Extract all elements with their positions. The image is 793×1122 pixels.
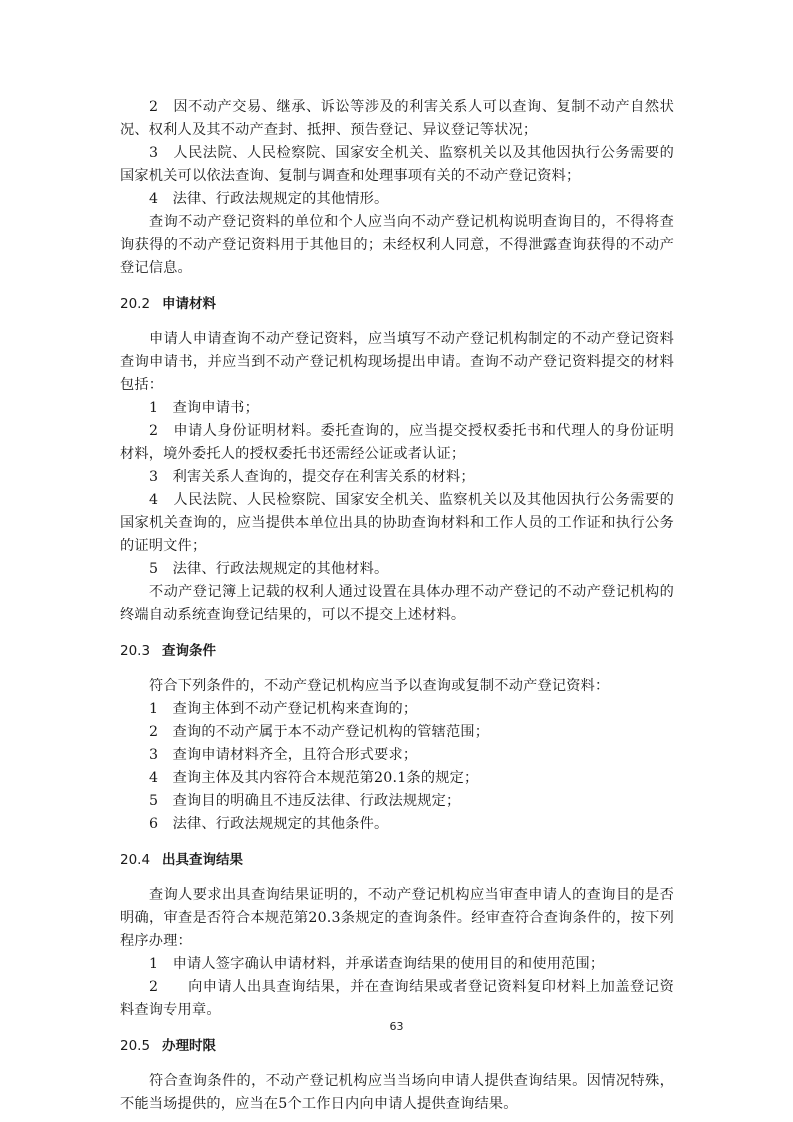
section-title: 办理时限 bbox=[162, 1038, 216, 1054]
page-number: 63 bbox=[0, 1020, 793, 1033]
list-item: 4 人民法院、人民检察院、国家安全机关、监察机关以及其他因执行公务需要的国家机关… bbox=[120, 489, 674, 558]
list-item: 1 查询主体到不动产登记机构来查询的； bbox=[120, 698, 674, 721]
section-title: 出具查询结果 bbox=[162, 852, 243, 868]
section-heading: 20.4出具查询结果 bbox=[120, 850, 674, 870]
list-item: 2 因不动产交易、继承、诉讼等涉及的利害关系人可以查询、复制不动产自然状况、权利… bbox=[120, 96, 674, 142]
list-item: 4 查询主体及其内容符合本规范第20.1条的规定； bbox=[120, 767, 674, 790]
paragraph: 查询人要求出具查询结果证明的，不动产登记机构应当审查申请人的查询目的是否明确，审… bbox=[120, 884, 674, 953]
section-20-3: 20.3查询条件 符合下列条件的，不动产登记机构应当予以查询或复制不动产登记资料… bbox=[120, 641, 674, 836]
section-20-1-tail: 2 因不动产交易、继承、诉讼等涉及的利害关系人可以查询、复制不动产自然状况、权利… bbox=[120, 96, 674, 280]
list-item: 3 利害关系人查询的，提交存在利害关系的材料； bbox=[120, 466, 674, 489]
section-20-4: 20.4出具查询结果 查询人要求出具查询结果证明的，不动产登记机构应当审查申请人… bbox=[120, 850, 674, 1022]
paragraph: 符合下列条件的，不动产登记机构应当予以查询或复制不动产登记资料： bbox=[120, 675, 674, 698]
paragraph: 不动产登记簿上记载的权利人通过设置在具体办理不动产登记的不动产登记机构的终端自动… bbox=[120, 581, 674, 627]
list-item: 6 法律、行政法规规定的其他条件。 bbox=[120, 813, 674, 836]
section-number: 20.4 bbox=[120, 850, 162, 870]
section-heading: 20.5办理时限 bbox=[120, 1036, 674, 1056]
paragraph: 申请人申请查询不动产登记资料，应当填写不动产登记机构制定的不动产登记资料查询申请… bbox=[120, 328, 674, 397]
list-item: 1 查询申请书； bbox=[120, 397, 674, 420]
list-item: 3 人民法院、人民检察院、国家安全机关、监察机关以及其他因执行公务需要的国家机关… bbox=[120, 142, 674, 188]
section-number: 20.3 bbox=[120, 641, 162, 661]
section-heading: 20.3查询条件 bbox=[120, 641, 674, 661]
list-item: 2 向申请人出具查询结果，并在查询结果或者登记资料复印材料上加盖登记资料查询专用… bbox=[120, 976, 674, 1022]
list-item: 5 法律、行政法规规定的其他材料。 bbox=[120, 558, 674, 581]
document-page: 2 因不动产交易、继承、诉讼等涉及的利害关系人可以查询、复制不动产自然状况、权利… bbox=[120, 96, 674, 1116]
list-item: 3 查询申请材料齐全，且符合形式要求； bbox=[120, 744, 674, 767]
list-item: 2 申请人身份证明材料。委托查询的，应当提交授权委托书和代理人的身份证明材料，境… bbox=[120, 420, 674, 466]
section-20-2: 20.2申请材料 申请人申请查询不动产登记资料，应当填写不动产登记机构制定的不动… bbox=[120, 294, 674, 627]
section-title: 申请材料 bbox=[162, 296, 216, 312]
section-number: 20.2 bbox=[120, 294, 162, 314]
section-title: 查询条件 bbox=[162, 643, 216, 659]
section-heading: 20.2申请材料 bbox=[120, 294, 674, 314]
section-number: 20.5 bbox=[120, 1036, 162, 1056]
paragraph: 符合查询条件的，不动产登记机构应当当场向申请人提供查询结果。因情况特殊，不能当场… bbox=[120, 1070, 674, 1116]
paragraph: 查询不动产登记资料的单位和个人应当向不动产登记机构说明查询目的，不得将查询获得的… bbox=[120, 211, 674, 280]
list-item: 4 法律、行政法规规定的其他情形。 bbox=[120, 188, 674, 211]
section-20-5: 20.5办理时限 符合查询条件的，不动产登记机构应当当场向申请人提供查询结果。因… bbox=[120, 1036, 674, 1116]
list-item: 1 申请人签字确认申请材料，并承诺查询结果的使用目的和使用范围； bbox=[120, 953, 674, 976]
list-item: 5 查询目的明确且不违反法律、行政法规规定； bbox=[120, 790, 674, 813]
list-item: 2 查询的不动产属于本不动产登记机构的管辖范围； bbox=[120, 721, 674, 744]
